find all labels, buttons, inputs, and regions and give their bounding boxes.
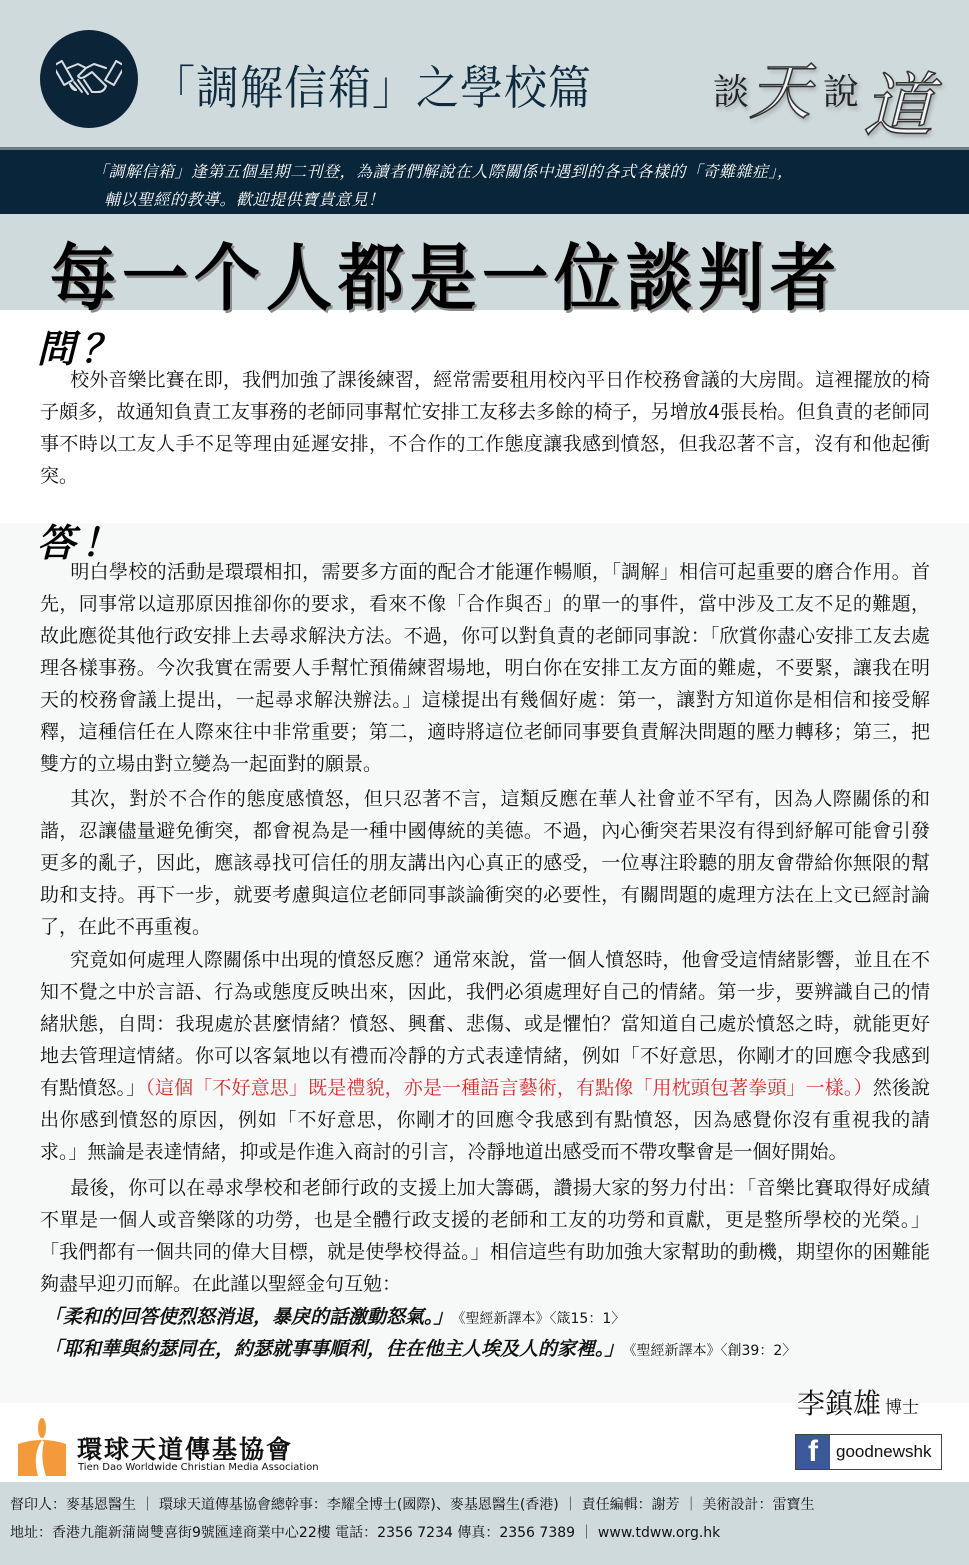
facebook-icon: f	[796, 1435, 830, 1469]
organization-name-zh: 環球天道傳基協會	[77, 1430, 293, 1466]
brand-char-2: 天	[749, 42, 811, 131]
handshake-icon	[56, 54, 122, 104]
organization-name-en: Tien Dao Worldwide Christian Media Assoc…	[78, 1462, 319, 1473]
question-body: 校外音樂比賽在即，我們加強了課後練習，經常需要租用校內平日作校務會議的大房間。這…	[40, 369, 930, 487]
facebook-link[interactable]: f goodnewshk	[795, 1434, 942, 1470]
answer-paragraph-4: 最後，你可以在尋求學校和老師行政的支援上加大籌碼，讚揚大家的努力付出：「音樂比賽…	[40, 1172, 930, 1300]
footer: 督印人：麥基恩醫生 ｜ 環球天道傳基協會總幹事：李耀全博士(國際)、麥基恩醫生(…	[0, 1482, 969, 1565]
banner-line-1: 「調解信箱」逢第五個星期二刊登，為讀者們解說在人際關係中遇到的各式各樣的「奇難雜…	[92, 159, 794, 182]
brand-calligraphy-logo: 談 天 說 道	[705, 36, 955, 136]
handshake-logo	[40, 30, 138, 128]
author-signature: 李鎮雄博士	[797, 1382, 919, 1422]
answer-paragraph-2: 其次，對於不合作的態度感憤怒，但只忍著不言，這類反應在華人社會並不罕有，因為人際…	[40, 783, 930, 943]
brand-char-4: 道	[863, 50, 933, 151]
bible-verse-1: 「柔和的回答使烈怒消退，暴戾的話激動怒氣。」《聖經新譯本》〈箴15：1〉	[44, 1302, 625, 1329]
answer-paragraph-3-highlight: （這個「不好意思」既是禮貌，亦是一種語言藝術，有點像「用枕頭包著拳頭」一樣。）	[145, 1077, 872, 1099]
bible-verse-1-source: 《聖經新譯本》〈箴15：1〉	[459, 1311, 626, 1327]
answer-paragraph-1-text: 明白學校的活動是環環相扣，需要多方面的配合才能運作暢順，「調解」相信可起重要的磨…	[40, 561, 930, 775]
answer-paragraph-3: 究竟如何處理人際關係中出現的憤怒反應？通常來說，當一個人憤怒時，他會受這情緒影響…	[40, 944, 930, 1168]
header: 「調解信箱」之學校篇 談 天 說 道	[0, 0, 969, 147]
bible-verse-1-text: 「柔和的回答使烈怒消退，暴戾的話激動怒氣。」	[44, 1306, 453, 1328]
brand-char-1: 談	[713, 64, 749, 115]
bible-verse-2: 「耶和華與約瑟同在，約瑟就事事順利，住在他主人埃及人的家裡。」《聖經新譯本》〈創…	[44, 1334, 796, 1361]
question-text: 校外音樂比賽在即，我們加強了課後練習，經常需要租用校內平日作校務會議的大房間。這…	[40, 364, 930, 492]
footer-contact: 地址：香港九龍新蒲崗雙喜街9號匯達商業中心22樓 電話：2356 7234 傳真…	[10, 1522, 720, 1542]
bible-verse-2-text: 「耶和華與約瑟同在，約瑟就事事順利，住在他主人埃及人的家裡。」	[44, 1338, 624, 1360]
answer-paragraph-4-text: 最後，你可以在尋求學校和老師行政的支援上加大籌碼，讚揚大家的努力付出：「音樂比賽…	[40, 1177, 930, 1295]
article-headline: 每一个人都是一位談判者	[50, 220, 842, 325]
intro-banner: 「調解信箱」逢第五個星期二刊登，為讀者們解說在人際關係中遇到的各式各樣的「奇難雜…	[0, 147, 969, 214]
candle-flame-icon	[16, 1418, 68, 1476]
brand-char-3: 說	[823, 64, 859, 115]
banner-line-2: 輔以聖經的教導。歡迎提供寶貴意見！	[104, 187, 385, 210]
answer-paragraph-1: 明白學校的活動是環環相扣，需要多方面的配合才能運作暢順，「調解」相信可起重要的磨…	[40, 556, 930, 780]
author-title: 博士	[885, 1398, 919, 1418]
answer-paragraph-2-text: 其次，對於不合作的態度感憤怒，但只忍著不言，這類反應在華人社會並不罕有，因為人際…	[40, 788, 930, 938]
facebook-handle: goodnewshk	[830, 1435, 941, 1469]
footer-credits: 督印人：麥基恩醫生 ｜ 環球天道傳基協會總幹事：李耀全博士(國際)、麥基恩醫生(…	[10, 1494, 815, 1514]
column-title: 「調解信箱」之學校篇	[152, 52, 592, 118]
author-name: 李鎮雄	[797, 1387, 881, 1420]
headline-band: 每一个人都是一位談判者	[0, 214, 969, 310]
bible-verse-2-source: 《聖經新譯本》〈創39：2〉	[630, 1343, 797, 1359]
organization-logo[interactable]: 環球天道傳基協會 Tien Dao Worldwide Christian Me…	[14, 1418, 334, 1478]
